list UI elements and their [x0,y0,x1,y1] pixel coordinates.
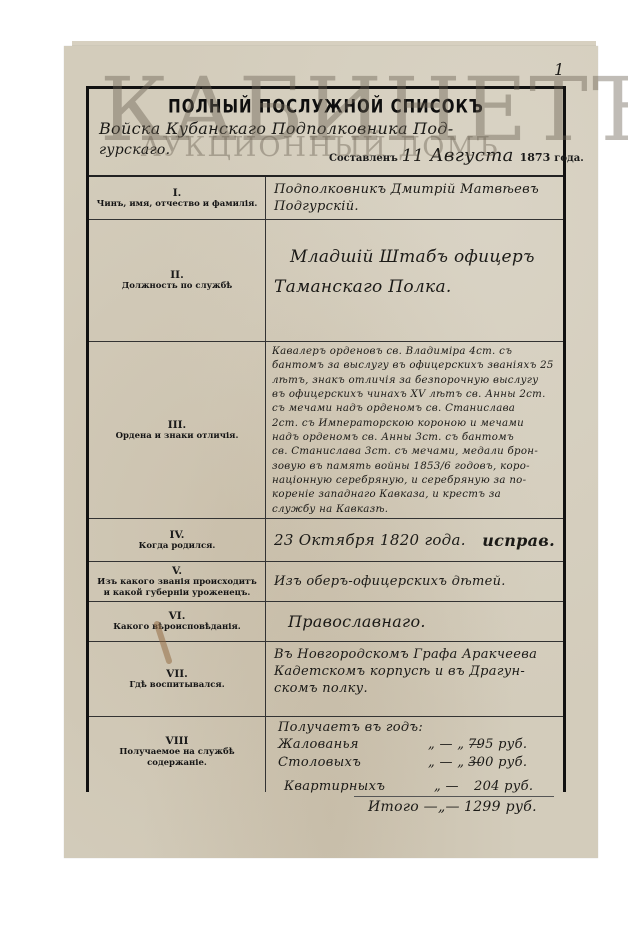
value-line: надъ орденомъ св. Анны 3ст. съ бантомъ [272,430,559,444]
value-line: скомъ полку. [274,680,555,697]
salary-item-dots: „ — „ — [428,754,468,772]
row-label-cell: II. Должность по службѣ [89,220,266,341]
row-label: Должность по службѣ [122,281,233,292]
row-label-cell: III. Ордена и знаки отличія. [89,342,266,518]
row-label: Гдѣ воспитывался. [129,680,224,691]
row-label: Получаемое на службѣ содержаніе. [97,747,257,769]
page-number: 1 [554,60,564,79]
row-number: VI. [169,610,186,622]
salary-item-dots: „ — [434,778,474,796]
value-line: съ мечами надъ орденомъ св. Станислава [272,401,559,415]
salary-item: Квартирныхъ „ — 204 руб. [284,778,564,796]
document-title: ПОЛНЫЙ ПОСЛУЖНОЙ СПИСОКЪ [89,95,563,118]
table-row-birth-date: IV. Когда родился. 23 Октября 1820 года.… [89,519,563,562]
value-line: лѣтъ, знакъ отличія за безпорочную выслу… [272,373,559,387]
salary-total: Итого —„— 1299 руб. [354,796,554,817]
salary-item-amount: 795 руб. [468,736,538,754]
row-value-cell: 23 Октября 1820 года. исправ. [266,519,563,561]
row-label-cell: VIII Получаемое на службѣ содержаніе. [89,717,266,792]
value-line: Младшій Штабъ офицеръ [274,242,555,272]
salary-item: Столовыхъ „ — „ — 300 руб. [278,754,555,772]
row-label: Ордена и знаки отличія. [116,431,239,442]
row-label-cell: VII. Гдѣ воспитывался. [89,642,266,716]
margin-note: исправ. [482,532,555,549]
row-value-cell: Православнаго. [266,602,563,641]
row-number: I. [173,187,182,199]
value-line: Православнаго. [274,613,555,630]
row-label-cell: VI. Какого вѣроисповѣданія. [89,602,266,641]
salary-item-amount: 300 руб. [468,754,538,772]
value-line: Подгурскій. [274,198,555,215]
value-line: Кадетскомъ корпусѣ и въ Драгун- [274,663,555,680]
subject-line-1: Войска Кубанскаго Подполковника Под- [99,119,454,138]
table-row-origin: V. Изъ какого званія происходитъ и какой… [89,562,563,602]
row-label-cell: IV. Когда родился. [89,519,266,561]
value-line: Таманскаго Полка. [274,272,555,302]
value-line: Кавалеръ орденовъ св. Владиміра 4ст. съ [272,344,559,358]
table-row-position: II. Должность по службѣ Младшій Штабъ оф… [89,220,563,342]
service-record-table: I. Чинъ, имя, отчество и фамилія. Подпол… [89,175,563,792]
value-line: въ офицерскихъ чинахъ XV лѣтъ св. Анны 2… [272,387,559,401]
compiled-day: 11 [402,146,424,166]
row-number: III. [168,419,186,431]
salary-total-amount: 1299 руб. [464,797,537,817]
row-label: Какого вѣроисповѣданія. [113,622,241,633]
row-value-cell: Кавалеръ орденовъ св. Владиміра 4ст. съ … [266,342,563,518]
salary-item-amount: 204 руб. [474,778,544,796]
compiled-month: Августа [430,145,514,166]
row-label-cell: I. Чинъ, имя, отчество и фамилія. [89,177,266,219]
value-line: Подполковникъ Дмитрій Матвѣевъ [274,181,555,198]
table-row-orders-decorations: III. Ордена и знаки отличія. Кавалеръ ор… [89,342,563,519]
value-line: св. Станислава 3ст. съ мечами, медали бр… [272,444,559,458]
salary-item: Жалованья „ — „ — 795 руб. [278,736,555,754]
row-value-cell: Младшій Штабъ офицеръ Таманскаго Полка. [266,220,563,341]
compiled-date: Составленъ 11 Августа 1873 года. [329,145,584,166]
form-frame: ПОЛНЫЙ ПОСЛУЖНОЙ СПИСОКЪ Войска Кубанска… [86,86,566,792]
compiled-suffix: года. [554,153,583,164]
row-label: Когда родился. [139,541,216,552]
value-line: кореніе западнаго Кавказа, и крестъ за [272,487,559,501]
value-line: бантомъ за выслугу въ офицерскихъ званія… [272,358,559,372]
value-line: Въ Новгородскомъ Графа Аракчеева [274,646,555,663]
row-label: Чинъ, имя, отчество и фамилія. [97,199,258,210]
row-number: V. [172,565,182,577]
value-line: зовую въ память войны 1853/6 годовъ, кор… [272,459,559,473]
salary-total-label: Итого —„— [354,797,464,817]
value-line: 2ст. съ Императорскою короною и мечами [272,416,559,430]
subject-line-2: гурскаго. [99,142,170,158]
value-line: службу на Кавказѣ. [272,502,559,516]
row-number: VIII [166,735,189,747]
salary-heading: Получаетъ въ годъ: [278,719,555,736]
salary-item-name: Квартирныхъ [284,778,434,796]
row-number: VII. [166,668,188,680]
salary-item-name: Жалованья [278,736,428,754]
salary-item-name: Столовыхъ [278,754,428,772]
row-label: Изъ какого званія происходитъ и какой гу… [93,577,261,599]
compiled-year: 1873 [520,151,551,164]
table-row-education: VII. Гдѣ воспитывался. Въ Новгородскомъ … [89,642,563,717]
value-line: 23 Октября 1820 года. [274,532,466,549]
row-value-cell: Подполковникъ Дмитрій Матвѣевъ Подгурскі… [266,177,563,219]
compiled-label: Составленъ [329,153,398,164]
row-value-cell: Изъ оберъ-офицерскихъ дѣтей. [266,562,563,601]
row-label-cell: V. Изъ какого званія происходитъ и какой… [89,562,266,601]
table-row-rank-name: I. Чинъ, имя, отчество и фамилія. Подпол… [89,177,563,220]
row-number: IV. [170,529,185,541]
row-number: II. [170,269,183,281]
salary-item-dots: „ — „ — [428,736,468,754]
row-value-cell: Въ Новгородскомъ Графа Аракчеева Кадетск… [266,642,563,716]
value-line: Изъ оберъ-офицерскихъ дѣтей. [274,573,555,590]
value-line: націонную серебряную, и серебряную за по… [272,473,559,487]
salary-overflow: Квартирныхъ „ — 204 руб. Итого —„— 1299 … [284,778,564,817]
